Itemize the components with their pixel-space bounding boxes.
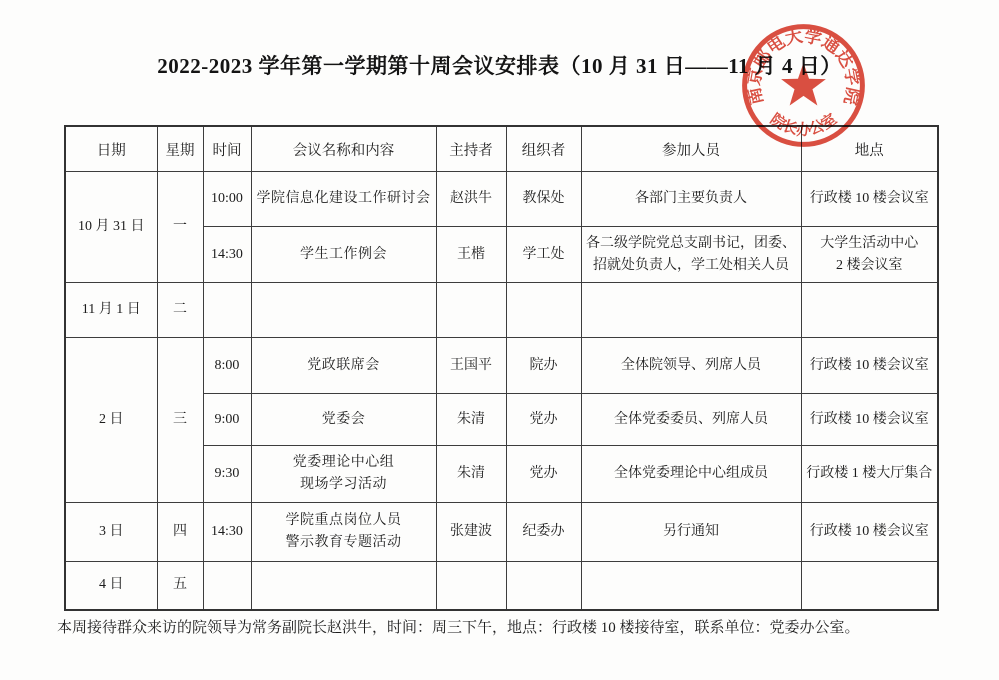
organizer-cell (506, 562, 581, 610)
participants-cell (581, 283, 801, 338)
host-cell: 王楷 (436, 227, 506, 283)
location-cell: 行政楼 10 楼会议室 (801, 394, 938, 446)
location-cell (801, 283, 938, 338)
time-cell: 10:00 (203, 172, 251, 227)
weekday-cell: 五 (157, 562, 203, 610)
participants-cell: 各二级学院党总支副书记，团委、 招就处负责人，学工处相关人员 (581, 227, 801, 283)
date-cell: 4 日 (65, 562, 157, 610)
participants-cell (581, 562, 801, 610)
column-header: 组织者 (506, 126, 581, 172)
document-page: 2022-2023 学年第一学期第十周会议安排表（10 月 31 日——11 月… (0, 0, 999, 680)
organizer-cell: 党办 (506, 394, 581, 446)
meeting-name-cell: 学生工作例会 (251, 227, 436, 283)
column-header: 日期 (65, 126, 157, 172)
time-cell: 9:00 (203, 394, 251, 446)
weekday-cell: 一 (157, 172, 203, 283)
column-header: 会议名称和内容 (251, 126, 436, 172)
host-cell (436, 562, 506, 610)
table-row: 4 日五 (65, 562, 938, 610)
column-header: 参加人员 (581, 126, 801, 172)
table-row: 3 日四14:30学院重点岗位人员 警示教育专题活动张建波纪委办另行通知行政楼 … (65, 503, 938, 562)
meeting-name-cell (251, 283, 436, 338)
time-cell (203, 283, 251, 338)
date-cell: 2 日 (65, 338, 157, 503)
date-cell: 10 月 31 日 (65, 172, 157, 283)
page-title: 2022-2023 学年第一学期第十周会议安排表（10 月 31 日——11 月… (0, 50, 999, 80)
participants-cell: 全体党委理论中心组成员 (581, 446, 801, 503)
meeting-name-cell: 党委理论中心组 现场学习活动 (251, 446, 436, 503)
column-header: 星期 (157, 126, 203, 172)
weekday-cell: 三 (157, 338, 203, 503)
meeting-schedule-table: 日期星期时间会议名称和内容主持者组织者参加人员地点 10 月 31 日一10:0… (64, 125, 939, 611)
time-cell (203, 562, 251, 610)
location-cell: 行政楼 10 楼会议室 (801, 172, 938, 227)
time-cell: 8:00 (203, 338, 251, 394)
participants-cell: 另行通知 (581, 503, 801, 562)
host-cell: 赵洪牛 (436, 172, 506, 227)
column-header: 地点 (801, 126, 938, 172)
meeting-name-cell (251, 562, 436, 610)
table-header-row: 日期星期时间会议名称和内容主持者组织者参加人员地点 (65, 126, 938, 172)
location-cell: 行政楼 10 楼会议室 (801, 503, 938, 562)
organizer-cell (506, 283, 581, 338)
time-cell: 14:30 (203, 227, 251, 283)
location-cell: 大学生活动中心 2 楼会议室 (801, 227, 938, 283)
table-body: 10 月 31 日一10:00学院信息化建设工作研讨会赵洪牛教保处各部门主要负责… (65, 172, 938, 610)
host-cell: 张建波 (436, 503, 506, 562)
column-header: 主持者 (436, 126, 506, 172)
organizer-cell: 院办 (506, 338, 581, 394)
meeting-name-cell: 学院重点岗位人员 警示教育专题活动 (251, 503, 436, 562)
table-row: 10 月 31 日一10:00学院信息化建设工作研讨会赵洪牛教保处各部门主要负责… (65, 172, 938, 227)
column-header: 时间 (203, 126, 251, 172)
table-row: 2 日三8:00党政联席会王国平院办全体院领导、列席人员行政楼 10 楼会议室 (65, 338, 938, 394)
participants-cell: 全体院领导、列席人员 (581, 338, 801, 394)
host-cell: 王国平 (436, 338, 506, 394)
meeting-name-cell: 学院信息化建设工作研讨会 (251, 172, 436, 227)
time-cell: 9:30 (203, 446, 251, 503)
location-cell: 行政楼 1 楼大厅集合 (801, 446, 938, 503)
meeting-name-cell: 党政联席会 (251, 338, 436, 394)
weekday-cell: 四 (157, 503, 203, 562)
organizer-cell: 党办 (506, 446, 581, 503)
date-cell: 11 月 1 日 (65, 283, 157, 338)
table-row: 11 月 1 日二 (65, 283, 938, 338)
organizer-cell: 学工处 (506, 227, 581, 283)
footer-note: 本周接待群众来访的院领导为常务副院长赵洪牛，时间：周三下午，地点：行政楼 10 … (57, 616, 967, 637)
weekday-cell: 二 (157, 283, 203, 338)
date-cell: 3 日 (65, 503, 157, 562)
location-cell: 行政楼 10 楼会议室 (801, 338, 938, 394)
time-cell: 14:30 (203, 503, 251, 562)
participants-cell: 全体党委委员、列席人员 (581, 394, 801, 446)
host-cell: 朱清 (436, 446, 506, 503)
participants-cell: 各部门主要负责人 (581, 172, 801, 227)
host-cell (436, 283, 506, 338)
meeting-name-cell: 党委会 (251, 394, 436, 446)
host-cell: 朱清 (436, 394, 506, 446)
organizer-cell: 纪委办 (506, 503, 581, 562)
location-cell (801, 562, 938, 610)
organizer-cell: 教保处 (506, 172, 581, 227)
